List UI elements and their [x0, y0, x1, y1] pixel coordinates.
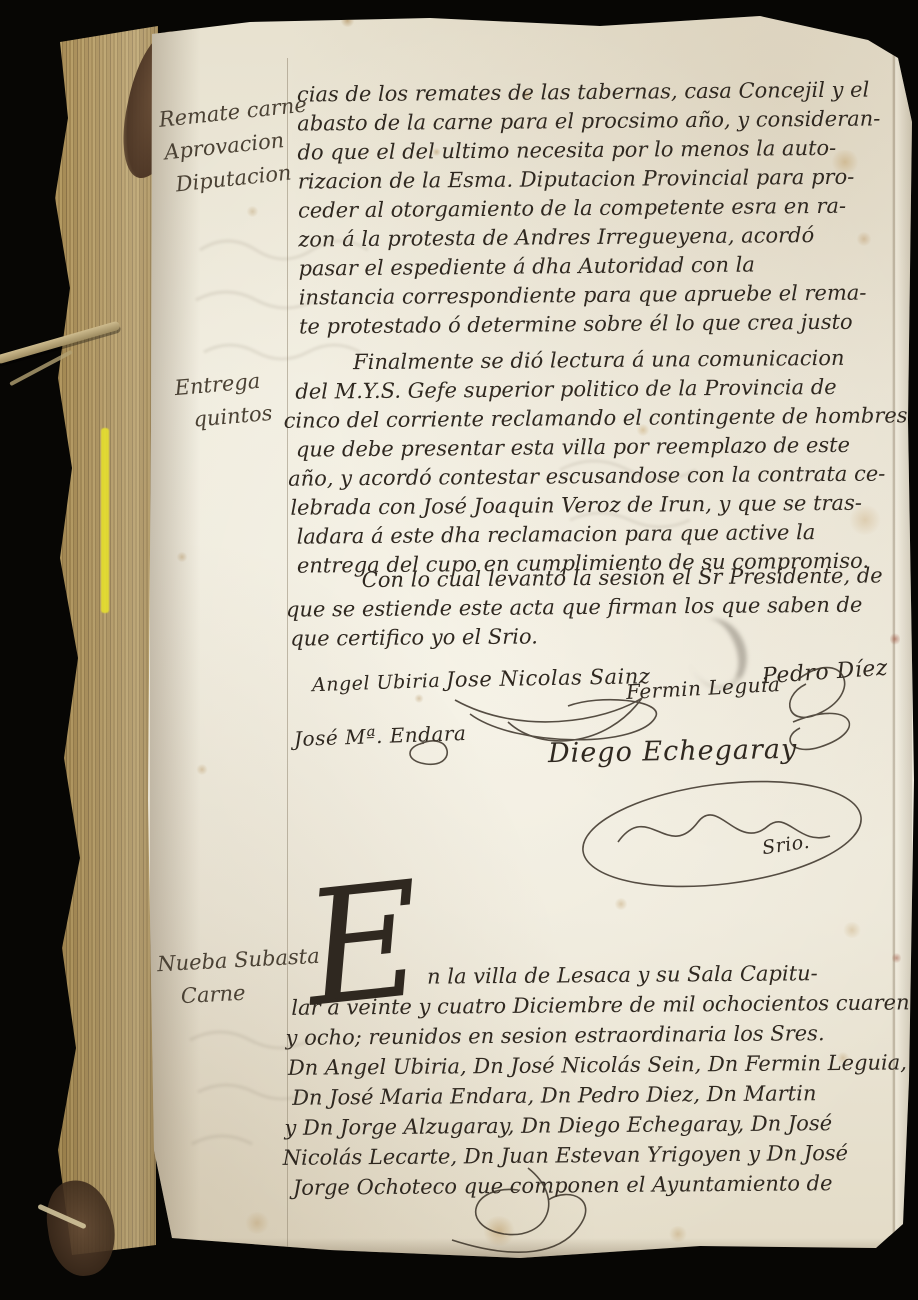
bottom-edge-shadow	[150, 1238, 910, 1260]
text-line: que se estiende este acta que firman los…	[286, 590, 883, 624]
signature-angel-ubiria: Angel Ubiria	[312, 670, 441, 696]
manuscript-scan: Remate carne Aprovacion Diputacion Entre…	[0, 0, 918, 1300]
secretary-rubric-label: Srio.	[761, 831, 811, 859]
signature-diego-echegaray: Diego Echegaray	[548, 734, 798, 769]
stain	[340, 14, 355, 27]
body-paragraph-remate: cias de los remates de las tabernas, cas…	[297, 75, 882, 341]
text-line: que certifico yo el Srio.	[290, 619, 883, 653]
body-paragraph-nueva-subasta: n la villa de Lesaca y su Sala Capitu- l…	[291, 957, 918, 1203]
stain	[246, 206, 259, 217]
stain	[414, 694, 424, 703]
yellow-edge-mark	[101, 428, 109, 613]
signature-jose-maria-endara: José Mª. Endara	[294, 721, 467, 751]
stain	[842, 922, 862, 938]
text-line: te protestado ó determine sobre él lo qu…	[299, 307, 882, 341]
signature-jose-nicolas-sainz: Jose Nicolas Sainz	[446, 664, 651, 692]
text-line: Jorge Ochoteco que componen el Ayuntamie…	[293, 1167, 918, 1203]
text-line: n la villa de Lesaca y su Sala Capitu-	[427, 957, 918, 991]
book-page-edges	[0, 0, 170, 1300]
gutter-shadow	[150, 25, 200, 1255]
text-line: zon á la protesta de Andres Irregueyena,…	[298, 220, 881, 254]
stain	[244, 1212, 270, 1234]
secretary-rubric-oval	[577, 767, 867, 900]
stain	[614, 898, 628, 910]
margin-note-line: quintos	[192, 397, 274, 437]
signature-pedro-diez: Pedro Díez	[761, 656, 888, 690]
flourish-sainz	[455, 698, 642, 741]
body-paragraph-cierre: Con lo cual levantó la sesion el Sr Pres…	[296, 561, 884, 653]
text-line: Con lo cual levantó la sesion el Sr Pres…	[362, 561, 883, 595]
body-paragraph-quintos: Finalmente se dió lectura á una comunica…	[295, 343, 909, 580]
text-line: Dn Angel Ubiria, Dn José Nicolás Sein, D…	[288, 1047, 918, 1083]
text-line: lebrada con José Joaquin Veroz de Irun, …	[290, 488, 908, 522]
flourish-leguia	[470, 700, 656, 740]
margin-note-entrega: Entrega quintos	[173, 364, 273, 438]
margin-note-remate: Remate carne Aprovacion Diputacion	[157, 89, 315, 203]
